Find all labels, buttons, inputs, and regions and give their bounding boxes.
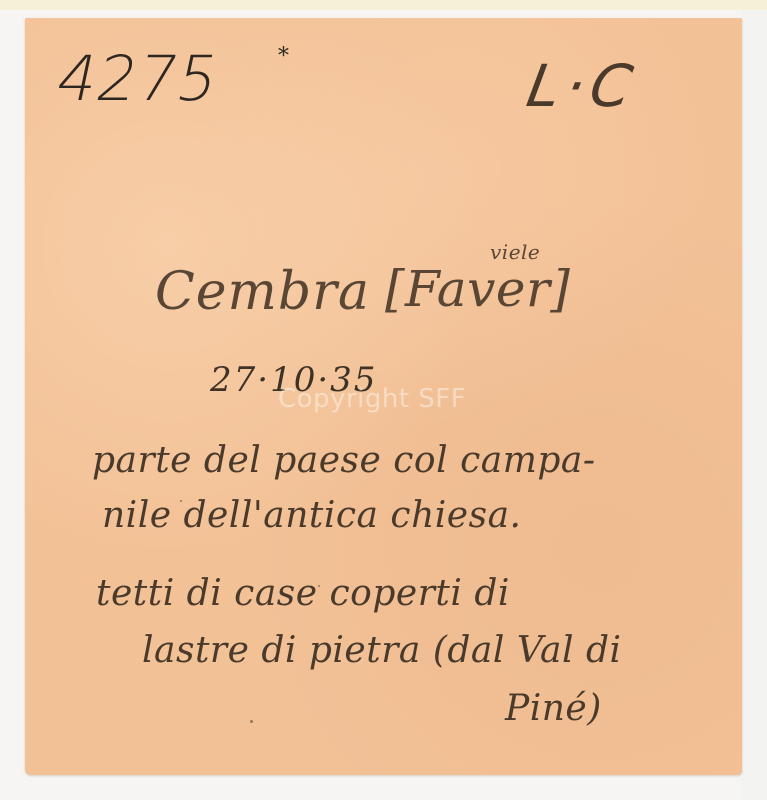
paper-speck [250, 720, 253, 723]
paper-speck [180, 500, 182, 502]
paper-speck [318, 585, 320, 587]
catalog-number: 4275 [50, 42, 225, 115]
right-margin [742, 10, 767, 800]
description-line: lastre di pietra (dal Val di [142, 630, 622, 671]
copyright-watermark: Copyright SFF [278, 384, 466, 414]
description-line: tetti di case coperti di [96, 573, 510, 614]
description-line: nile dell'antica chiesa. [102, 495, 521, 536]
place-bracket-note: [Faver] [385, 260, 570, 318]
catalog-star-mark: * [278, 44, 290, 69]
description-line: Piné) [505, 688, 602, 729]
collection-code: L·C [522, 52, 643, 120]
place-name: Cembra [155, 262, 370, 322]
description-line: parte del paese col campa- [92, 440, 596, 481]
top-edge-strip [0, 0, 767, 10]
